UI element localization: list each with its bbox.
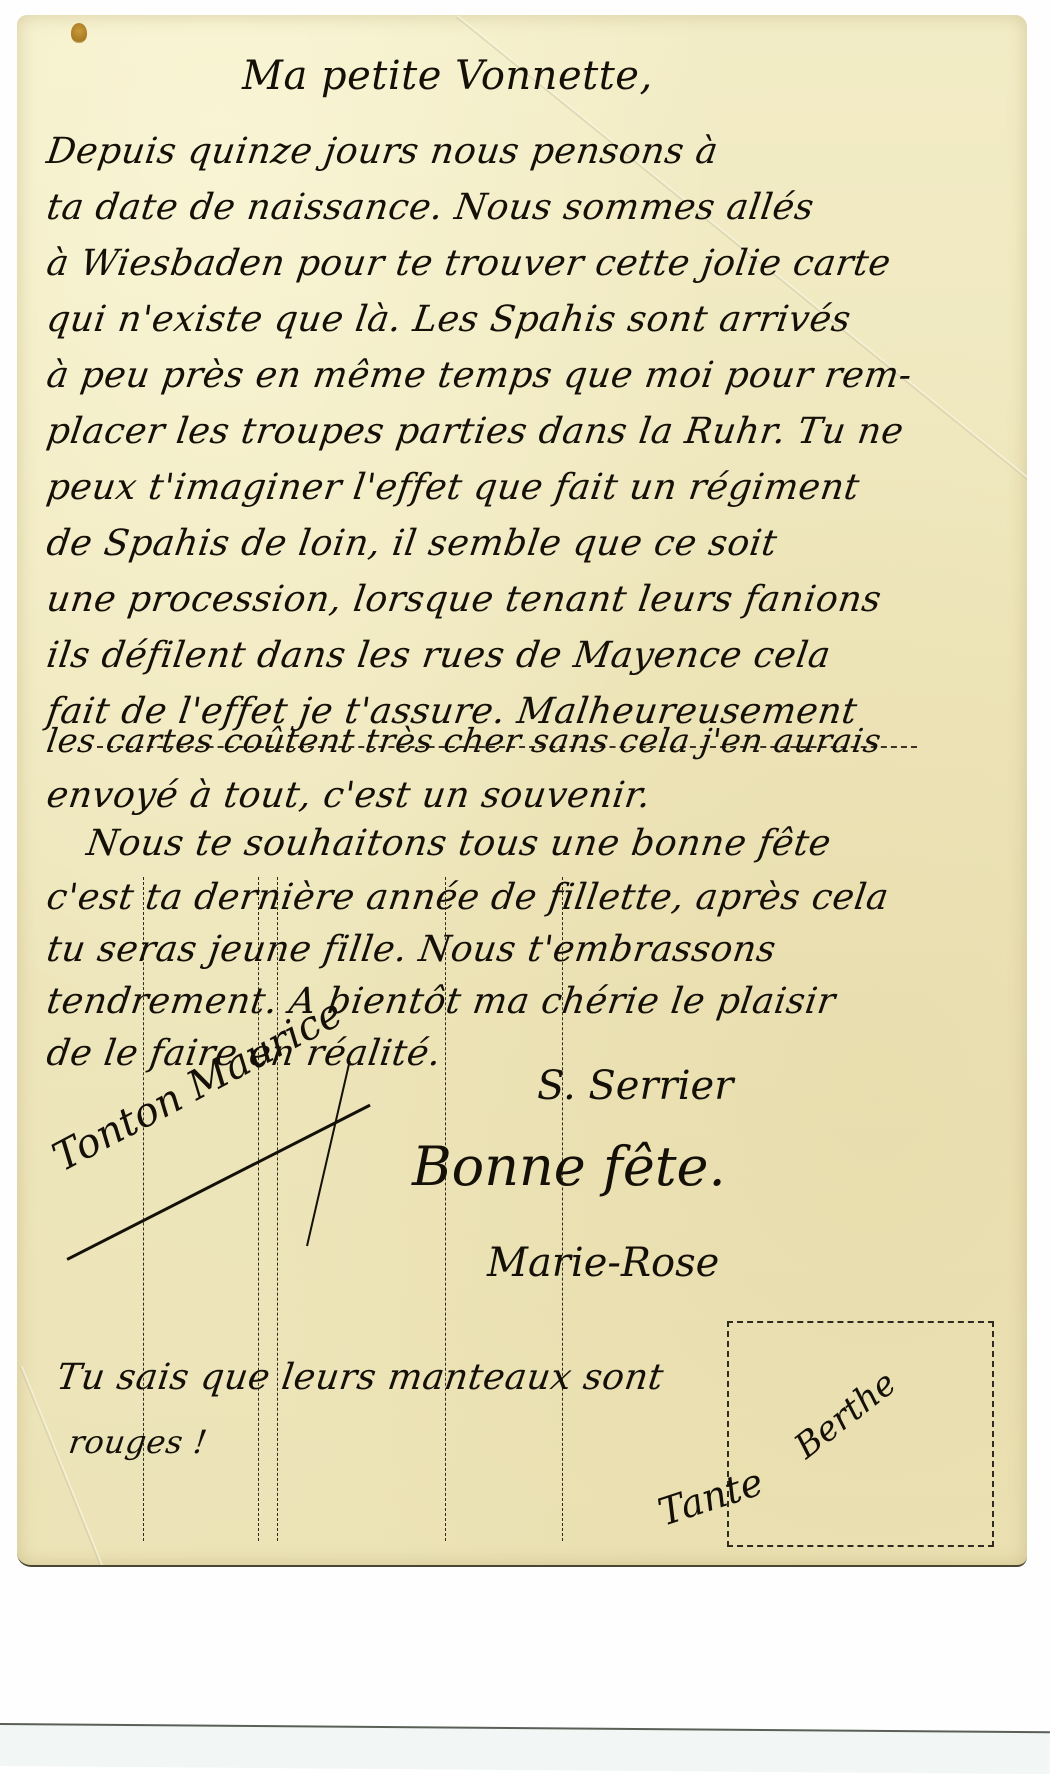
letter-line: envoyé à tout, c'est un souvenir. [44, 775, 653, 816]
greeting-bonne-fete: Bonne fête. [412, 1135, 726, 1198]
signature-serrier: S. Serrier [537, 1063, 733, 1109]
stain-mark [71, 23, 87, 43]
letter-line: à peu près en même temps que moi pour re… [44, 355, 914, 396]
letter-line: les cartes coûtent très cher sans cela j… [44, 721, 884, 760]
letter-line: tendrement. A bientôt ma chérie le plais… [44, 981, 838, 1022]
stamp-box [727, 1321, 994, 1547]
letter-line: ils défilent dans les rues de Mayence ce… [44, 635, 833, 676]
letter-line: placer les troupes parties dans la Ruhr.… [44, 411, 906, 452]
postscript-line: Tu sais que leurs manteaux sont [54, 1357, 666, 1398]
letter-line: Nous te souhaitons tous une bonne fête [84, 823, 834, 864]
letter-line: de Spahis de loin, il semble que ce soit [44, 523, 780, 564]
letter-line: c'est ta dernière année de fillette, apr… [44, 877, 891, 918]
letter-line: une procession, lorsque tenant leurs fan… [44, 579, 884, 620]
dashed-column-line [562, 877, 563, 1541]
salutation: Ma petite Vonnette, [242, 53, 653, 99]
letter-line: ta date de naissance. Nous sommes allés [44, 187, 816, 228]
postcard: Ma petite Vonnette, Depuis quinze jours … [17, 15, 1027, 1567]
letter-line: peux t'imaginer l'effet que fait un régi… [44, 467, 862, 508]
signature-marie-rose: Marie-Rose [487, 1240, 719, 1286]
letter-line: Depuis quinze jours nous pensons à [44, 131, 721, 172]
dashed-column-line [277, 877, 278, 1541]
letter-line: tu seras jeune fille. Nous t'embrassons [44, 929, 778, 970]
dashed-column-line [445, 877, 446, 1541]
postscript-line: rouges ! [66, 1423, 209, 1461]
letter-line: qui n'existe que là. Les Spahis sont arr… [44, 299, 853, 340]
separator-stroke [306, 1061, 351, 1247]
scanner-edge-strip [0, 1723, 1050, 1764]
letter-line: à Wiesbaden pour te trouver cette jolie … [44, 243, 893, 284]
dashed-column-line [258, 877, 259, 1541]
